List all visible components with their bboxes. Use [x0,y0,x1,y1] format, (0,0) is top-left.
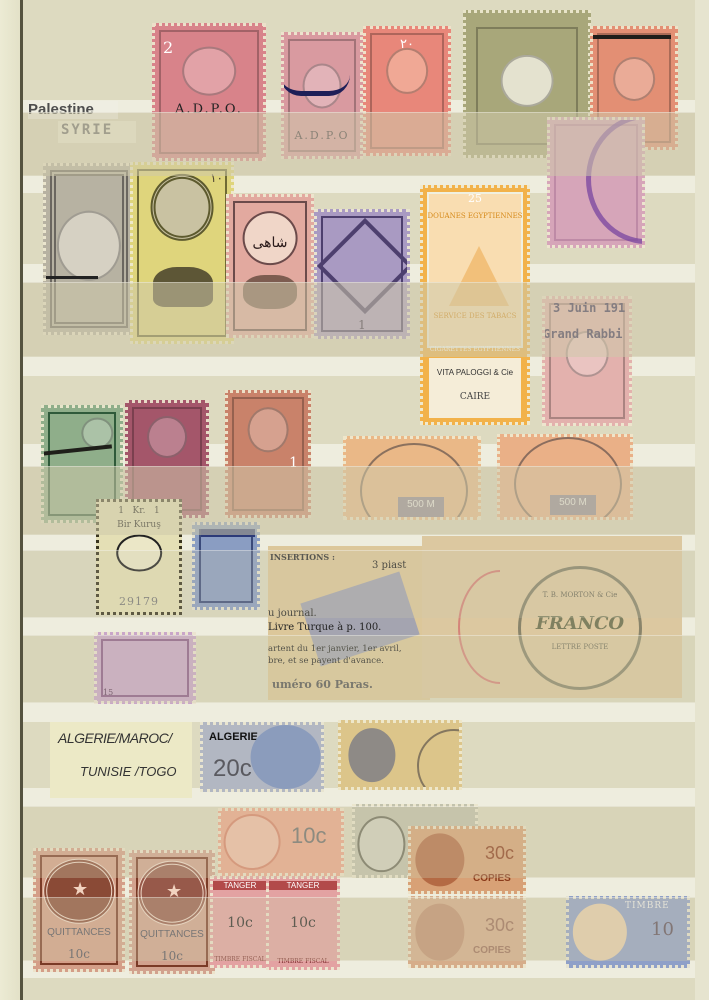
pocket-strip [23,282,695,357]
pocket-strip [23,806,695,878]
merchant-panel: VITA PALOGGI & Cie CAIRE [429,358,521,418]
stamp-semeuse-yellow [338,720,462,790]
stamp-value: 25 [423,192,527,205]
stamp-header: TANGER [213,881,267,890]
stamp-country: ALGERIE [209,731,258,743]
album-page: Palestine SYRIE 2 A.D.P.O. A.D.P.O ٢٠ ١ [0,0,709,1000]
portrait-medallion [250,725,321,789]
strip-gap [23,702,695,722]
merchant-city: CAIRE [429,392,521,402]
pocket-strip [23,897,695,961]
newspaper-line: Livre Turque à p. 100. [268,622,381,633]
sheet-right-edge [695,0,709,1000]
note-line-1: ALGERIE/MAROC/ [58,730,172,746]
note-line-2: TUNISIE /TOGO [80,764,177,779]
stamp-value: 2 [163,38,173,57]
pocket-strip [23,635,695,703]
postmark [417,729,462,790]
manuscript-mark [43,276,98,279]
stamp-value: ٢٠ [366,37,448,52]
merchant-name: VITA PALOGGI & Cie [429,368,521,377]
pocket-strip [23,466,695,535]
stamp-header: DOUANES EGYPTIENNES [423,212,527,220]
manuscript-mark [590,35,671,39]
manuscript-mark [281,75,350,96]
stamp-value: شاهی [229,235,311,251]
stamp-value: 20c [213,755,252,783]
portrait-medallion [348,728,395,782]
algerie-maroc-note: ALGERIE/MAROC/ TUNISIE /TOGO [50,722,192,798]
stamp-algerie-20c: ALGERIE 20c [200,722,324,792]
facing-page [0,0,22,1000]
pocket-strip [23,112,695,176]
stamp-header: TANGER [269,881,337,890]
pocket-strip [23,550,695,618]
